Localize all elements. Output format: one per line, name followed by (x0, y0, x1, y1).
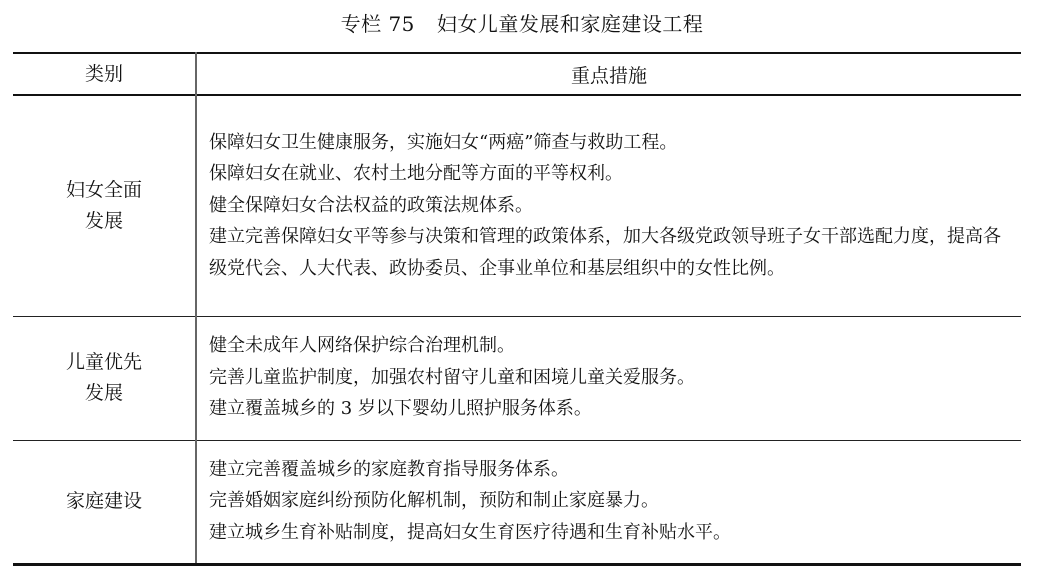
column-title: 妇女儿童发展和家庭建设工程 (437, 12, 704, 36)
measure-item: 完善儿童监护制度，加强农村留守儿童和困境儿童关爱服务。 (209, 362, 1021, 394)
measure-item: 建立完善保障妇女平等参与决策和管理的政策体系，加大各级党政领导班子女干部选配力度… (209, 221, 1007, 284)
measures-table: 类别 重点措施 妇女全面 发展 保障妇女卫生健康服务，实施妇女“两癌”筛查与救助… (13, 52, 1021, 566)
table-row: 家庭建设 建立完善覆盖城乡的家庭教育指导服务体系。 完善婚姻家庭纠纷预防化解机制… (13, 440, 1021, 564)
measure-item: 保障妇女卫生健康服务，实施妇女“两癌”筛查与救助工程。 (209, 127, 1007, 159)
category-line: 家庭建设 (13, 486, 195, 517)
category-line: 儿童优先 (13, 347, 195, 378)
measures-cell: 保障妇女卫生健康服务，实施妇女“两癌”筛查与救助工程。 保障妇女在就业、农村土地… (196, 95, 1021, 316)
header-measures: 重点措施 (196, 53, 1021, 95)
table-row: 妇女全面 发展 保障妇女卫生健康服务，实施妇女“两癌”筛查与救助工程。 保障妇女… (13, 95, 1021, 316)
measure-item: 健全保障妇女合法权益的政策法规体系。 (209, 190, 1007, 222)
measure-item: 保障妇女在就业、农村土地分配等方面的平等权利。 (209, 158, 1007, 190)
measure-item: 健全未成年人网络保护综合治理机制。 (209, 330, 1021, 362)
measure-item: 建立覆盖城乡的 3 岁以下婴幼儿照护服务体系。 (209, 393, 1021, 425)
measure-item: 完善婚姻家庭纠纷预防化解机制，预防和制止家庭暴力。 (209, 485, 1021, 517)
category-line: 发展 (13, 206, 195, 237)
category-line: 妇女全面 (13, 175, 195, 206)
measures-cell: 建立完善覆盖城乡的家庭教育指导服务体系。 完善婚姻家庭纠纷预防化解机制，预防和制… (196, 440, 1021, 564)
measure-item: 建立城乡生育补贴制度，提高妇女生育医疗待遇和生育补贴水平。 (209, 517, 1021, 549)
table-row: 儿童优先 发展 健全未成年人网络保护综合治理机制。 完善儿童监护制度，加强农村留… (13, 316, 1021, 440)
measures-cell: 健全未成年人网络保护综合治理机制。 完善儿童监护制度，加强农村留守儿童和困境儿童… (196, 316, 1021, 440)
measure-item: 建立完善覆盖城乡的家庭教育指导服务体系。 (209, 454, 1021, 486)
table-header-row: 类别 重点措施 (13, 53, 1021, 95)
category-cell: 儿童优先 发展 (13, 316, 196, 440)
category-cell: 妇女全面 发展 (13, 95, 196, 316)
page-title: 专栏 75妇女儿童发展和家庭建设工程 (0, 8, 1044, 37)
category-line: 发展 (13, 378, 195, 409)
column-number: 专栏 75 (341, 12, 415, 36)
header-category: 类别 (13, 53, 196, 95)
category-cell: 家庭建设 (13, 440, 196, 564)
